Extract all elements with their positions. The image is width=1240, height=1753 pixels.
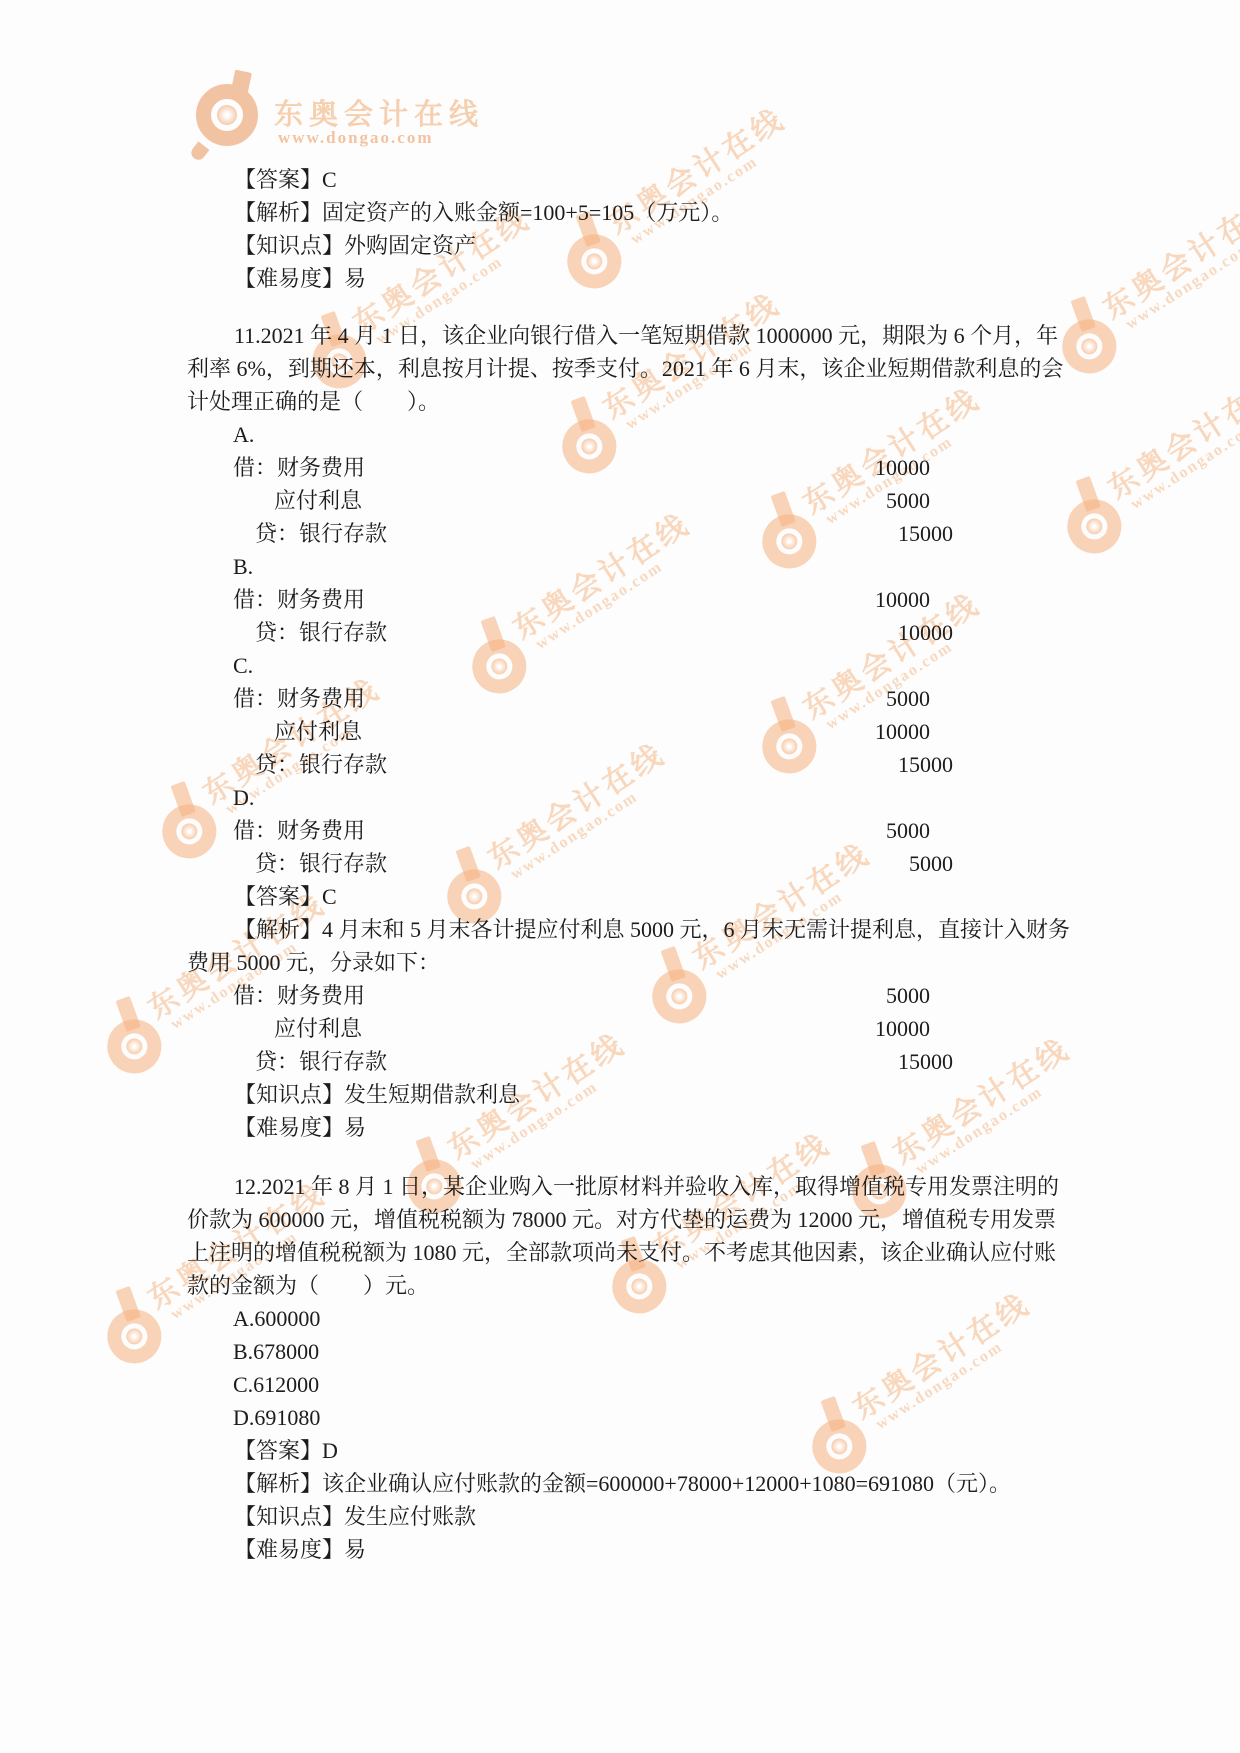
difficulty-label: 【难易度】	[234, 1537, 344, 1562]
question-stem-line: 款的金额为（ ）元。	[187, 1269, 1060, 1302]
option-label: A.	[187, 418, 1060, 451]
difficulty-label: 【难易度】	[234, 266, 344, 291]
entry-amount: 15000	[187, 517, 953, 550]
journal-entry-row: 应付利息5000	[187, 484, 1060, 517]
journal-entry-row: 贷：银行存款15000	[187, 748, 1060, 781]
journal-entry-row: 贷：银行存款15000	[187, 1045, 1060, 1078]
dongao-logo-icon	[97, 1009, 172, 1084]
analysis-line: 【解析】4 月末和 5 月末各计提应付利息 5000 元，6 月末无需计提利息，…	[187, 913, 1060, 946]
answer-value: D	[322, 1438, 338, 1463]
option-line: C.612000	[187, 1368, 1060, 1401]
knowledge-text: 发生应付账款	[344, 1504, 476, 1529]
option-line: D.691080	[187, 1401, 1060, 1434]
knowledge-label: 【知识点】	[234, 1082, 344, 1107]
analysis-line: 【解析】固定资产的入账金额=100+5=105（万元）。	[187, 196, 1060, 229]
answer-label: 【答案】	[234, 1438, 322, 1463]
option-line: A.600000	[187, 1302, 1060, 1335]
knowledge-label: 【知识点】	[234, 233, 344, 258]
option-label: C.	[187, 649, 1060, 682]
entry-amount: 10000	[187, 715, 930, 748]
journal-entry-row: 借：财务费用10000	[187, 583, 1060, 616]
question-stem-line: 价款为 600000 元，增值税税额为 78000 元。对方代垫的运费为 120…	[187, 1203, 1060, 1236]
journal-entry-row: 借：财务费用5000	[187, 814, 1060, 847]
watermark-tile: 东奥会计在线www.dongao.com	[1040, 157, 1240, 404]
difficulty-text: 易	[344, 266, 366, 291]
entry-amount: 10000	[187, 1012, 930, 1045]
watermark-tile: 东奥会计在线www.dongao.com	[1045, 337, 1240, 584]
journal-entry-row: 贷：银行存款5000	[187, 847, 1060, 880]
entry-amount: 5000	[187, 847, 953, 880]
answer-line: 【答案】C	[187, 880, 1060, 913]
answer-line: 【答案】D	[187, 1434, 1060, 1467]
question-stem-line: 计处理正确的是（ ）。	[187, 385, 1060, 418]
entry-amount: 15000	[187, 748, 953, 781]
difficulty-label: 【难易度】	[234, 1115, 344, 1140]
analysis-line: 费用 5000 元，分录如下：	[187, 946, 1060, 979]
question-stem-line: 上注明的增值税税额为 1080 元，全部款项尚未支付。不考虑其他因素，该企业确认…	[187, 1236, 1060, 1269]
journal-entry-row: 贷：银行存款10000	[187, 616, 1060, 649]
journal-entry-row: 借：财务费用10000	[187, 451, 1060, 484]
entry-amount: 10000	[187, 583, 930, 616]
knowledge-line: 【知识点】外购固定资产	[187, 229, 1060, 262]
answer-value: C	[322, 167, 337, 192]
difficulty-line: 【难易度】易	[187, 1533, 1060, 1566]
analysis-text: 4 月末和 5 月末各计提应付利息 5000 元，6 月末无需计提利息，直接计入…	[322, 917, 1070, 942]
difficulty-text: 易	[344, 1537, 366, 1562]
watermark-url: www.dongao.com	[1123, 238, 1240, 334]
analysis-label: 【解析】	[234, 200, 322, 225]
entry-amount: 10000	[187, 616, 953, 649]
journal-entry-row: 贷：银行存款15000	[187, 517, 1060, 550]
analysis-label: 【解析】	[234, 917, 322, 942]
question-stem-line: 11.2021 年 4 月 1 日，该企业向银行借入一笔短期借款 1000000…	[187, 319, 1060, 352]
knowledge-line: 【知识点】发生短期借款利息	[187, 1078, 1060, 1111]
entry-amount: 5000	[187, 979, 930, 1012]
difficulty-line: 【难易度】易	[187, 1111, 1060, 1144]
question-stem-line: 12.2021 年 8 月 1 日，某企业购入一批原材料并验收入库，取得增值税专…	[187, 1170, 1060, 1203]
question-stem-line: 利率 6%，到期还本，利息按月计提、按季支付。2021 年 6 月末，该企业短期…	[187, 352, 1060, 385]
entry-amount: 5000	[187, 814, 930, 847]
entry-amount: 15000	[187, 1045, 953, 1078]
brand-header: 东奥会计在线 www.dongao.com	[190, 70, 610, 165]
knowledge-text: 外购固定资产	[344, 233, 476, 258]
dongao-logo-icon	[1057, 489, 1132, 564]
analysis-line: 【解析】该企业确认应付账款的金额=600000+78000+12000+1080…	[187, 1467, 1060, 1500]
option-label: B.	[187, 550, 1060, 583]
entry-amount: 10000	[187, 451, 930, 484]
answer-value: C	[322, 884, 337, 909]
answer-line: 【答案】C	[187, 163, 1060, 196]
knowledge-text: 发生短期借款利息	[344, 1082, 520, 1107]
answer-label: 【答案】	[234, 167, 322, 192]
watermark-text: 东奥会计在线	[1092, 180, 1240, 328]
journal-entry-row: 应付利息10000	[187, 1012, 1060, 1045]
dongao-logo-icon	[196, 84, 258, 146]
option-label: D.	[187, 781, 1060, 814]
difficulty-text: 易	[344, 1115, 366, 1140]
option-line: B.678000	[187, 1335, 1060, 1368]
entry-amount: 5000	[187, 682, 930, 715]
watermark-url: www.dongao.com	[1128, 418, 1240, 514]
brand-url: www.dongao.com	[278, 128, 434, 148]
difficulty-line: 【难易度】易	[187, 262, 1060, 295]
spacer	[187, 1144, 1060, 1170]
document-page: 东奥会计在线www.dongao.com 东奥会计在线www.dongao.co…	[0, 0, 1240, 1753]
dongao-logo-icon	[97, 1299, 172, 1374]
analysis-text: 固定资产的入账金额=100+5=105（万元）。	[322, 200, 733, 225]
dongao-logo-tail	[189, 141, 210, 162]
analysis-label: 【解析】	[234, 1471, 322, 1496]
journal-entry-row: 借：财务费用5000	[187, 682, 1060, 715]
spacer	[187, 295, 1060, 319]
journal-entry-row: 应付利息10000	[187, 715, 1060, 748]
watermark-text: 东奥会计在线	[1097, 360, 1240, 508]
analysis-text: 该企业确认应付账款的金额=600000+78000+12000+1080=691…	[322, 1471, 1011, 1496]
analysis-text: 费用 5000 元，分录如下：	[187, 950, 440, 975]
answer-label: 【答案】	[234, 884, 322, 909]
knowledge-label: 【知识点】	[234, 1504, 344, 1529]
document-content: 【答案】C 【解析】固定资产的入账金额=100+5=105（万元）。 【知识点】…	[187, 163, 1060, 1566]
knowledge-line: 【知识点】发生应付账款	[187, 1500, 1060, 1533]
brand-name: 东奥会计在线	[274, 92, 484, 133]
entry-amount: 5000	[187, 484, 930, 517]
journal-entry-row: 借：财务费用5000	[187, 979, 1060, 1012]
